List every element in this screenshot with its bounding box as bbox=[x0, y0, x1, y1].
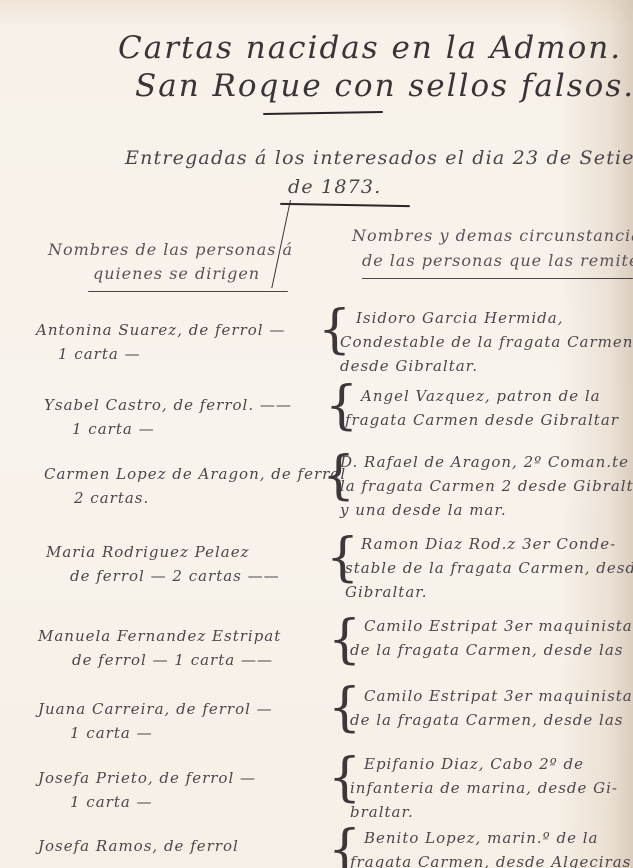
entry-sender: Angel Vazquez, patron de la fragata Carm… bbox=[345, 384, 619, 432]
sender-line-2: fragata Carmen, desde Algeciras bbox=[350, 850, 631, 868]
entry-recipient: Manuela Fernandez Estripat de ferrol — 1… bbox=[38, 624, 281, 672]
left-column-header-line-2: quienes se dirigen bbox=[93, 264, 260, 283]
recipient-line-1: Manuela Fernandez Estripat bbox=[38, 624, 281, 648]
page-title-line-1: Cartas nacidas en la Admon. de bbox=[118, 30, 633, 66]
subtitle-underline bbox=[280, 203, 410, 207]
recipient-line-1: Josefa Prieto, de ferrol — bbox=[38, 766, 256, 790]
left-header-underline bbox=[88, 291, 288, 292]
sender-line-1: Epifanio Diaz, Cabo 2º de bbox=[350, 752, 618, 776]
recipient-line-1: Carmen Lopez de Aragon, de ferrol bbox=[44, 462, 346, 486]
recipient-line-1: Maria Rodriguez Pelaez bbox=[46, 540, 280, 564]
sender-line-1: Camilo Estripat 3er maquinista bbox=[350, 684, 633, 708]
sender-line-2: de la fragata Carmen, desde las bbox=[350, 638, 633, 662]
left-column-header-line-1: Nombres de las personas á bbox=[48, 240, 293, 259]
recipient-line-2: de ferrol — 2 cartas —— bbox=[46, 564, 280, 588]
sender-line-1: Angel Vazquez, patron de la bbox=[345, 384, 619, 408]
title-underline bbox=[263, 111, 383, 115]
right-column-header-line-2: de las personas que las remiten bbox=[362, 251, 633, 270]
sender-line-2: stable de la fragata Carmen, desde bbox=[345, 556, 633, 580]
entry-sender: Epifanio Diaz, Cabo 2º de infanteria de … bbox=[350, 752, 618, 824]
entry-recipient: Josefa Ramos, de ferrol bbox=[38, 834, 239, 858]
subtitle-line-1: Entregadas á los interesados el dia 23 d… bbox=[125, 147, 633, 169]
entry-recipient: Antonina Suarez, de ferrol — 1 carta — bbox=[36, 318, 285, 366]
entry-recipient: Carmen Lopez de Aragon, de ferrol 2 cart… bbox=[44, 462, 346, 510]
page-title-line-2: San Roque con sellos falsos. bbox=[135, 68, 633, 104]
sender-line-2: Condestable de la fragata Carmen bbox=[340, 330, 633, 354]
sender-line-2: de la fragata Carmen, desde las bbox=[350, 708, 633, 732]
sender-line-2: fragata Carmen desde Gibraltar bbox=[345, 408, 619, 432]
sender-line-3: desde Gibraltar. bbox=[340, 354, 633, 378]
entry-sender: D. Rafael de Aragon, 2º Coman.te la frag… bbox=[340, 450, 633, 522]
entry-sender: Benito Lopez, marin.º de la fragata Carm… bbox=[350, 826, 631, 868]
entry-sender: Isidoro Garcia Hermida, Condestable de l… bbox=[340, 306, 633, 378]
sender-line-1: Benito Lopez, marin.º de la bbox=[350, 826, 631, 850]
recipient-line-2: 1 carta — bbox=[38, 721, 273, 745]
entry-sender: Camilo Estripat 3er maquinista de la fra… bbox=[350, 614, 633, 662]
sender-line-2: infanteria de marina, desde Gi- bbox=[350, 776, 618, 800]
recipient-line-2: 2 cartas. bbox=[44, 486, 346, 510]
entry-recipient: Juana Carreira, de ferrol — 1 carta — bbox=[38, 697, 273, 745]
sender-line-1: Ramon Diaz Rod.z 3er Conde- bbox=[345, 532, 633, 556]
entry-recipient: Maria Rodriguez Pelaez de ferrol — 2 car… bbox=[46, 540, 280, 588]
sender-line-1: Camilo Estripat 3er maquinista bbox=[350, 614, 633, 638]
entry-sender: Camilo Estripat 3er maquinista de la fra… bbox=[350, 684, 633, 732]
sender-line-3: Gibraltar. bbox=[345, 580, 633, 604]
recipient-line-1: Ysabel Castro, de ferrol. —— bbox=[44, 393, 292, 417]
sender-line-1: D. Rafael de Aragon, 2º Coman.te bbox=[340, 450, 633, 474]
recipient-line-1: Juana Carreira, de ferrol — bbox=[38, 697, 273, 721]
recipient-line-2: 1 carta — bbox=[38, 790, 256, 814]
recipient-line-2: 1 carta — bbox=[44, 417, 292, 441]
entry-sender: Ramon Diaz Rod.z 3er Conde- stable de la… bbox=[345, 532, 633, 604]
subtitle-line-2: de 1873. bbox=[288, 176, 381, 198]
manuscript-page: Cartas nacidas en la Admon. de San Roque… bbox=[0, 0, 633, 868]
sender-line-3: braltar. bbox=[350, 800, 618, 824]
recipient-line-2: 1 carta — bbox=[36, 342, 285, 366]
recipient-line-2: de ferrol — 1 carta —— bbox=[38, 648, 281, 672]
entry-recipient: Josefa Prieto, de ferrol — 1 carta — bbox=[38, 766, 256, 814]
recipient-line-1: Antonina Suarez, de ferrol — bbox=[36, 318, 285, 342]
right-header-underline bbox=[362, 278, 633, 279]
sender-line-3: y una desde la mar. bbox=[340, 498, 633, 522]
sender-line-2: la fragata Carmen 2 desde Gibraltar bbox=[340, 474, 633, 498]
right-column-header-line-1: Nombres y demas circunstancias bbox=[352, 226, 633, 245]
entry-recipient: Ysabel Castro, de ferrol. —— 1 carta — bbox=[44, 393, 292, 441]
recipient-line-1: Josefa Ramos, de ferrol bbox=[38, 834, 239, 858]
sender-line-1: Isidoro Garcia Hermida, bbox=[340, 306, 633, 330]
